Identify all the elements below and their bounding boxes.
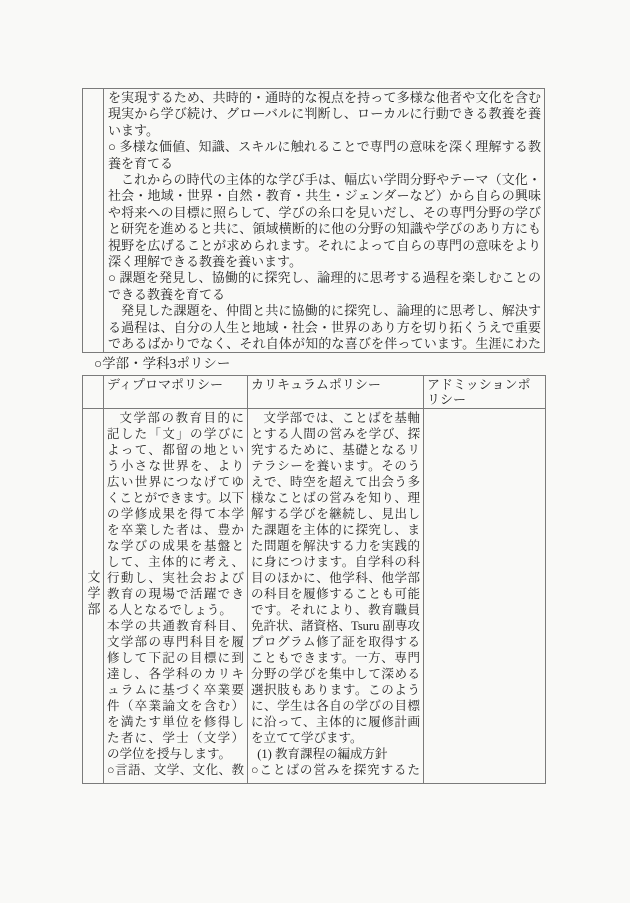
paragraph: 本学の共通教育科目、文学部の専門科目を履修して下記の目標に到達し、各学科のカリキ… xyxy=(107,618,244,762)
column-header-admission: アドミッションポリシー xyxy=(424,376,546,409)
diploma-policy-cell: 文学部の教育目的に記した「文」の学びによって、都留の地という小さな世界を、より広… xyxy=(104,409,248,784)
policy-table-header-row: ディプロマポリシー カリキュラムポリシー アドミッションポリシー xyxy=(83,376,546,409)
faculty-label: 文学部 xyxy=(84,570,103,618)
curriculum-policy-text: 文学部では、ことばを基軸とする人間の営みを学び、探究するために、基礎となるリテラ… xyxy=(251,410,420,778)
diploma-policy-text: 文学部の教育目的に記した「文」の学びによって、都留の地という小さな世界を、より広… xyxy=(107,410,244,778)
header-gutter-cell xyxy=(83,376,104,409)
paragraph: 発見した課題を、仲間と共に協働的に探究し、論理的に思考し、解決する過程は、自分の… xyxy=(108,303,541,352)
paragraph: 文学部では、ことばを基軸とする人間の営みを学び、探究するために、基礎となるリテラ… xyxy=(251,410,420,746)
continuation-text-cell: を実現するため、共時的・通時的な視点を持って多様な他者や文化を含む現実から学び続… xyxy=(104,89,544,352)
section-heading: ○学部・学科3ポリシー xyxy=(94,355,230,373)
paragraph: これからの時代の主体的な学び手は、幅広い学問分野やテーマ（文化・社会・地域・世界… xyxy=(108,172,541,270)
continuation-table: を実現するため、共時的・通時的な視点を持って多様な他者や文化を含む現実から学び続… xyxy=(82,88,545,353)
curriculum-policy-cell: 文学部では、ことばを基軸とする人間の営みを学び、探究するために、基礎となるリテラ… xyxy=(248,409,424,784)
document-page: を実現するため、共時的・通時的な視点を持って多様な他者や文化を含む現実から学び続… xyxy=(0,0,630,903)
column-header-diploma: ディプロマポリシー xyxy=(104,376,248,409)
column-header-curriculum: カリキュラムポリシー xyxy=(248,376,424,409)
paragraph: を実現するため、共時的・通時的な視点を持って多様な他者や文化を含む現実から学び続… xyxy=(108,90,541,139)
paragraph: ○ことばの営みを探究するためのリテラシーは、あらゆる学 xyxy=(251,762,420,778)
admission-policy-text xyxy=(427,410,542,778)
paragraph: ○言語、文学、文化、教育のことばを基軸とした営みについて深く理解し、その内容を他… xyxy=(107,762,244,778)
policy-table: ディプロマポリシー カリキュラムポリシー アドミッションポリシー 文学部 文学部… xyxy=(82,375,546,784)
continuation-gutter-cell xyxy=(83,89,104,352)
paragraph: (1) 教育課程の編成方針 xyxy=(251,746,420,762)
faculty-letters-row: 文学部 文学部の教育目的に記した「文」の学びによって、都留の地という小さな世界を… xyxy=(83,409,546,784)
admission-policy-cell xyxy=(424,409,546,784)
paragraph: ○ 課題を発見し、協働的に探究し、論理的に思考する過程を楽しむことのできる教養を… xyxy=(108,270,541,303)
paragraph: 文学部の教育目的に記した「文」の学びによって、都留の地という小さな世界を、より広… xyxy=(107,410,244,618)
faculty-label-cell: 文学部 xyxy=(83,409,104,784)
paragraph: ○ 多様な価値、知識、スキルに触れることで専門の意味を深く理解する教養を育てる xyxy=(108,139,541,172)
